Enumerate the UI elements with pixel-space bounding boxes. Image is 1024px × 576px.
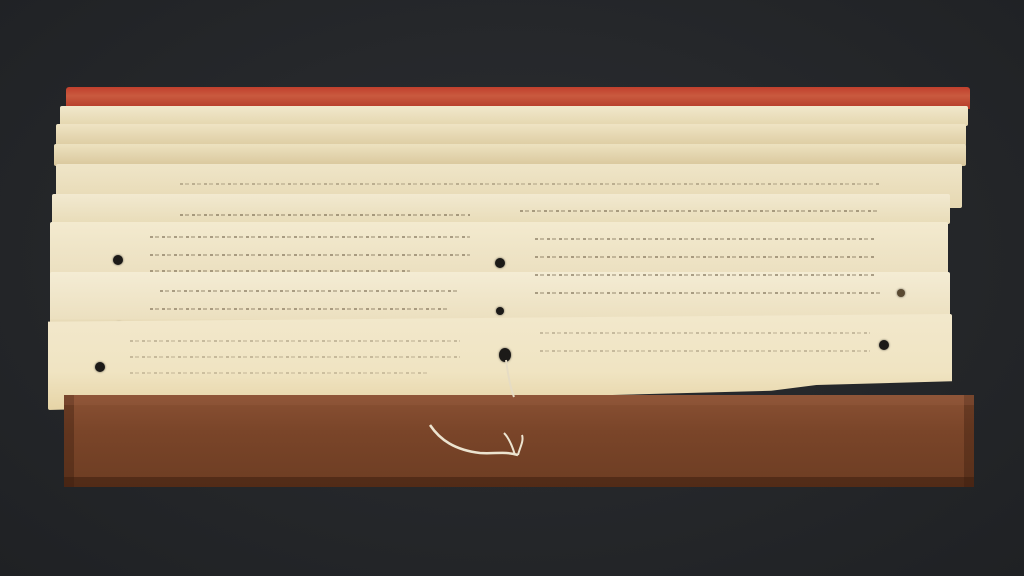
palm-leaf: [60, 106, 968, 126]
script-line: [150, 308, 450, 310]
binding-hole: [897, 289, 905, 297]
palm-leaf: [52, 194, 950, 224]
binding-hole: [879, 340, 889, 350]
binding-hole: [495, 258, 505, 268]
script-line: [535, 274, 875, 276]
script-line: [150, 254, 470, 256]
script-line: [540, 332, 870, 334]
script-line: [535, 292, 880, 294]
script-line: [535, 238, 875, 240]
script-line: [130, 372, 430, 374]
script-line: [160, 290, 460, 292]
binding-string: [420, 355, 540, 465]
script-line: [130, 356, 460, 358]
binding-hole: [113, 255, 123, 265]
script-line: [535, 256, 875, 258]
script-line: [540, 350, 870, 352]
palm-leaf: [54, 144, 966, 166]
script-line: [130, 340, 460, 342]
palm-leaf: [56, 124, 966, 146]
script-line: [150, 236, 470, 238]
script-line: [520, 210, 880, 212]
script-line: [180, 214, 470, 216]
binding-hole: [95, 362, 105, 372]
script-line: [180, 183, 880, 185]
binding-hole: [496, 307, 504, 315]
